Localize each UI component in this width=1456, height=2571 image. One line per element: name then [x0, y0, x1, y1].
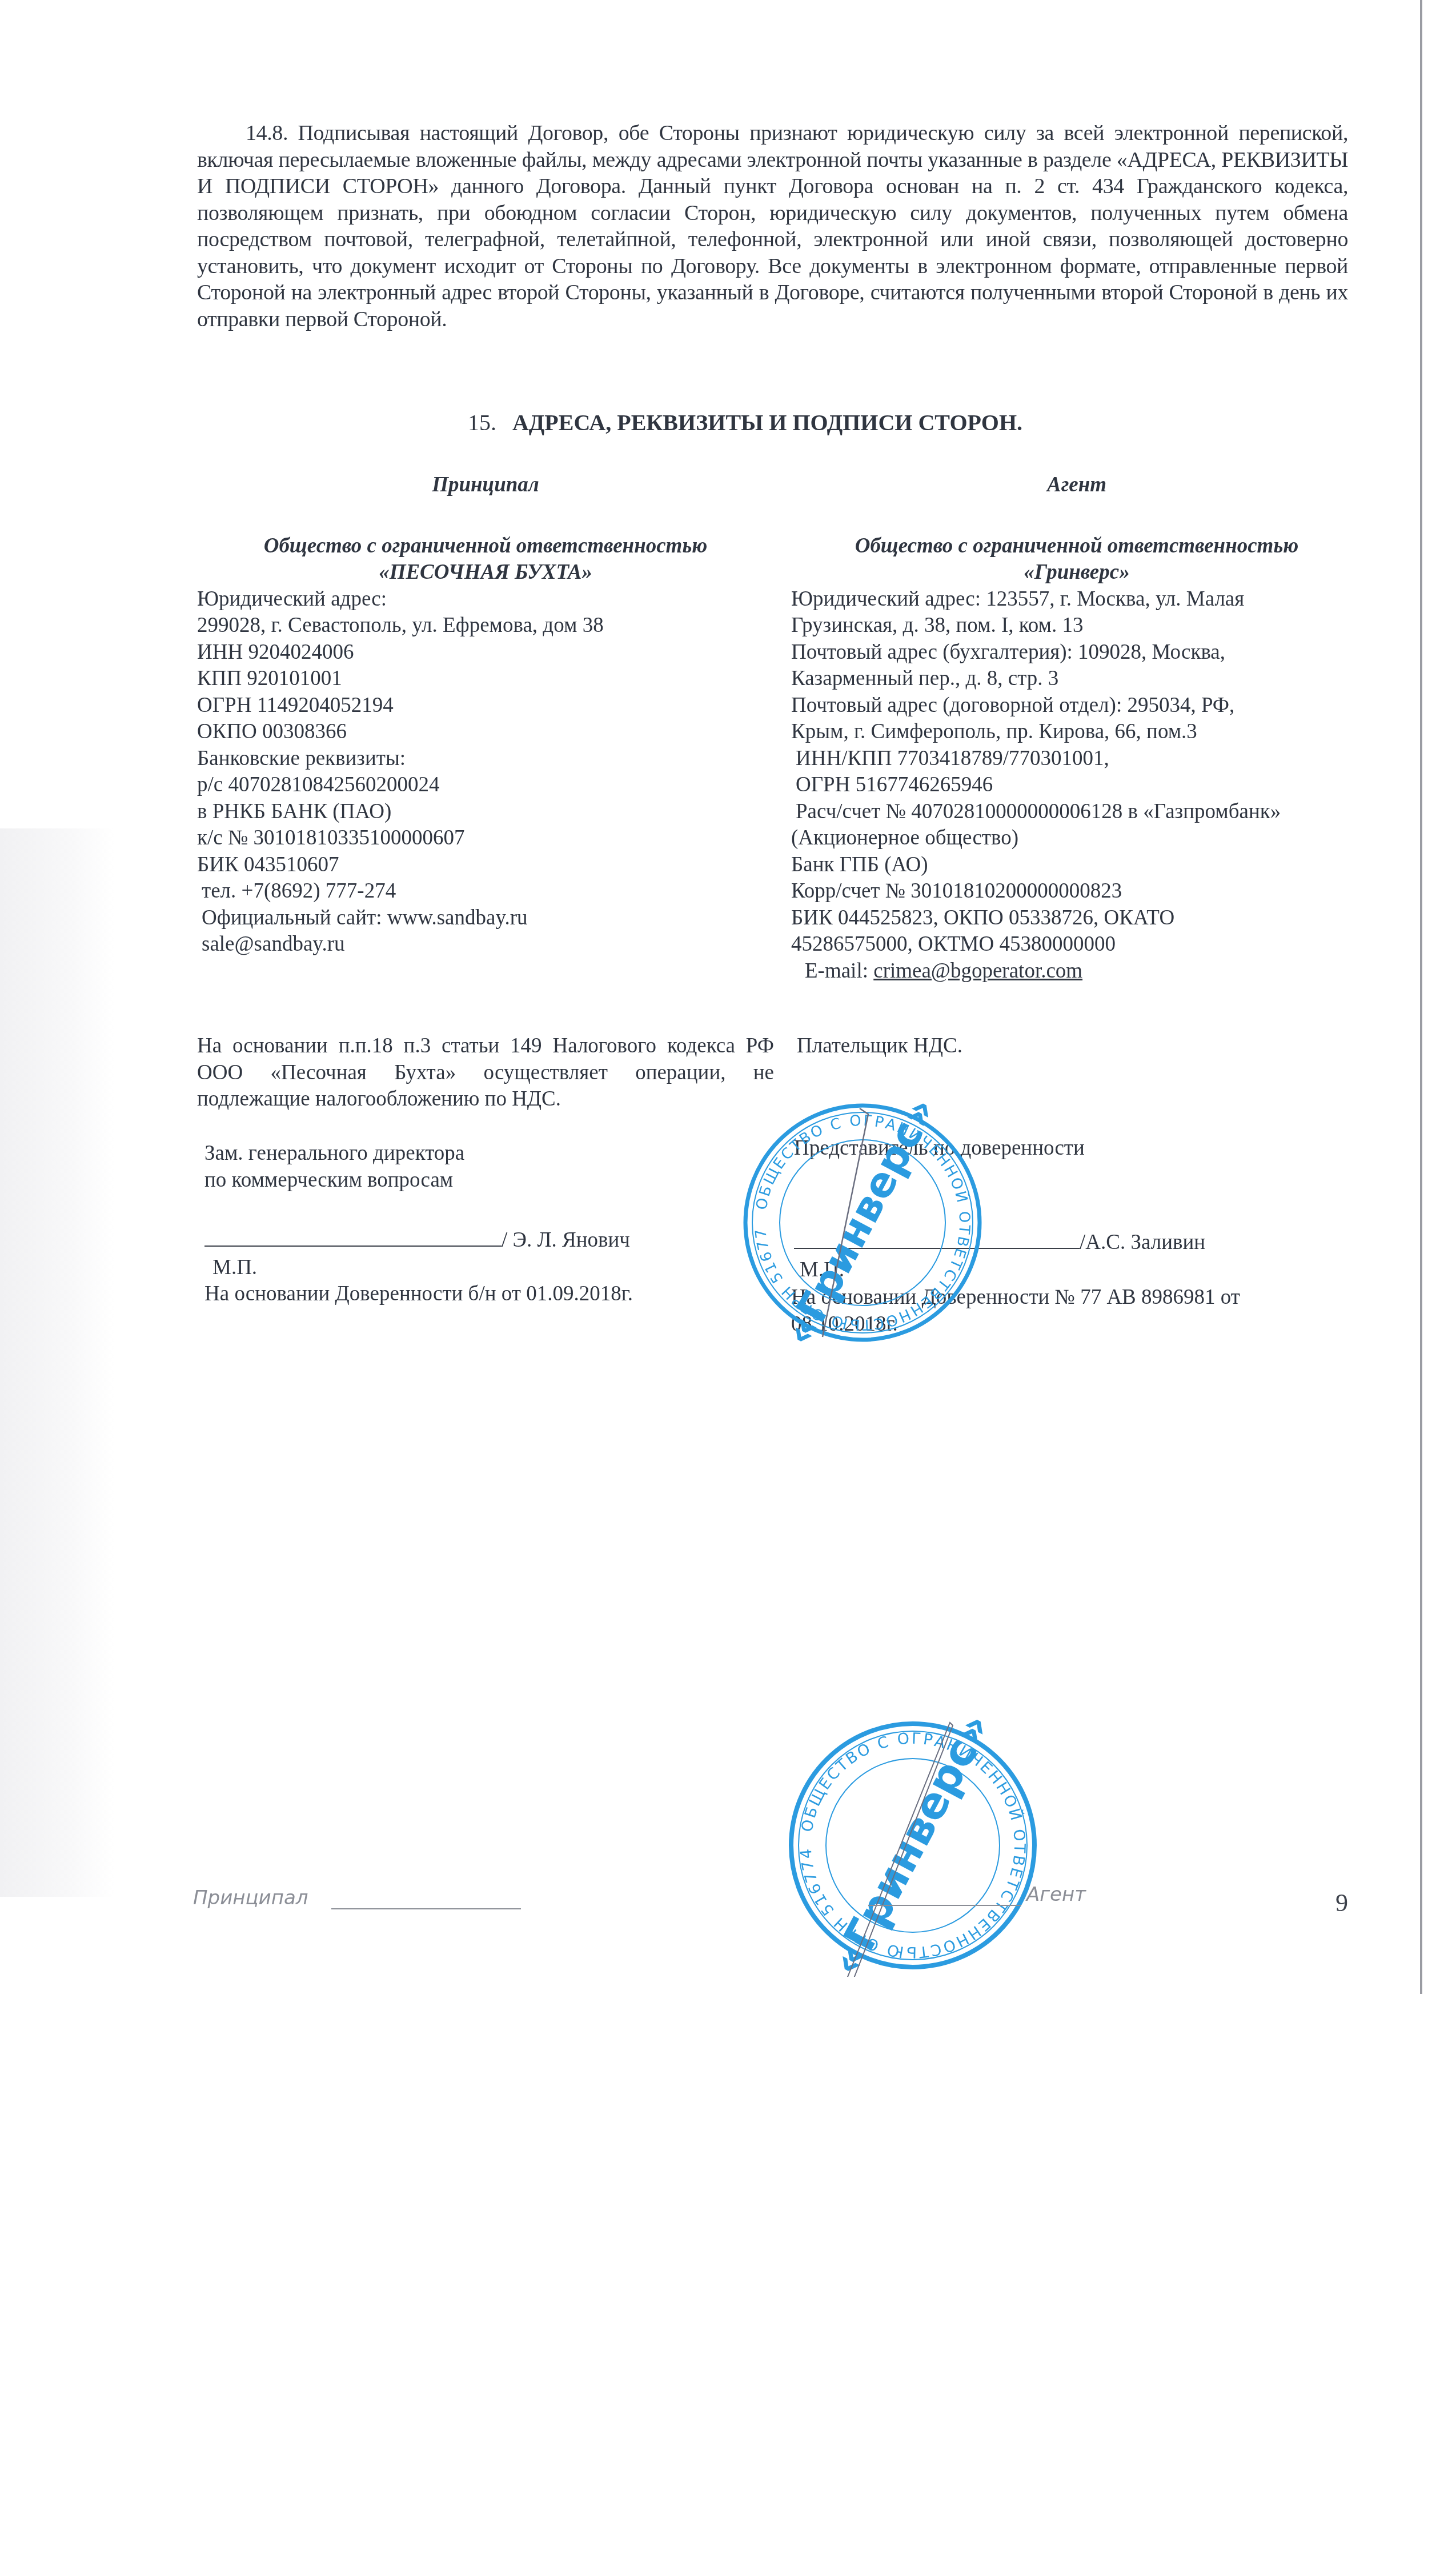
footer-principal-signature-line [331, 1908, 521, 1909]
agent-basis-line2: 08.10.2018г. [791, 1311, 1240, 1338]
agent-detail: Корр/счет № 30101810200000000823 [791, 878, 1362, 905]
agent-signatory-name: /А.С. Заливин [1080, 1231, 1205, 1254]
principal-role: Принципал [197, 472, 774, 499]
agent-detail: 45286575000, ОКТМО 45380000000 [791, 931, 1362, 958]
principal-detail: ОГРН 1149204052194 [197, 692, 774, 719]
principal-column: Принципал Общество с ограниченной ответс… [197, 472, 774, 958]
principal-signature-row: / Э. Л. Янович [204, 1227, 630, 1254]
section-number: 15. [468, 410, 496, 435]
principal-detail: КПП 920101001 [197, 666, 774, 692]
principal-company-line1: Общество с ограниченной ответственностью [197, 533, 774, 560]
principal-company-line2: «ПЕСОЧНАЯ БУХТА» [197, 559, 774, 586]
page-edge-line [1420, 0, 1422, 1994]
agent-detail: Юридический адрес: 123557, г. Москва, ул… [791, 586, 1362, 613]
principal-signatory-name: / Э. Л. Янович [502, 1228, 630, 1252]
agent-detail: Почтовый адрес (договорной отдел): 29503… [791, 692, 1362, 719]
agent-basis-line1: На основании Доверенности № 77 АВ 898698… [791, 1284, 1240, 1311]
section-title: АДРЕСА, РЕКВИЗИТЫ И ПОДПИСИ СТОРОН. [512, 410, 1022, 435]
principal-tax-note: На основании п.п.18 п.3 статьи 149 Налог… [197, 1033, 774, 1113]
agent-detail: Почтовый адрес (бухгалтерия): 109028, Мо… [791, 639, 1362, 666]
principal-detail: 299028, г. Севастополь, ул. Ефремова, до… [197, 612, 774, 639]
agent-detail: ОГРН 5167746265946 [791, 772, 1362, 799]
principal-signatory-title-line1: Зам. генерального директора [204, 1140, 464, 1167]
agent-company-line2: «Гринверс» [791, 559, 1362, 586]
agent-email-row: E-mail: crimea@bgoperator.com [791, 958, 1362, 985]
agent-role: Агент [791, 472, 1362, 499]
clause-14-8: 14.8. Подписывая настоящий Договор, обе … [197, 120, 1348, 333]
principal-signature-field[interactable] [204, 1228, 502, 1247]
principal-detail: Банковские реквизиты: [197, 746, 774, 772]
agent-signature-row: /А.С. Заливин [794, 1230, 1205, 1256]
footer-agent-signature-line [868, 1905, 1021, 1906]
agent-email-link[interactable]: crimea@bgoperator.com [873, 959, 1082, 983]
principal-detail: в РНКБ БАНК (ПАО) [197, 799, 774, 826]
principal-detail: Юридический адрес: [197, 586, 774, 613]
principal-email: sale@sandbay.ru [197, 931, 774, 958]
principal-seal-mark: М.П. [212, 1255, 257, 1282]
agent-signature-field[interactable] [794, 1231, 1080, 1249]
principal-detail: ИНН 9204024006 [197, 639, 774, 666]
agent-detail: Грузинская, д. 38, пом. I, ком. 13 [791, 612, 1362, 639]
agent-detail: Банк ГПБ (АО) [791, 852, 1362, 879]
agent-signatory-title: Представитель по доверенности [794, 1135, 1085, 1162]
principal-website: Официальный сайт: www.sandbay.ru [197, 905, 774, 932]
scan-edge-tint [0, 828, 114, 1897]
agent-seal-mark: М.П. [800, 1257, 844, 1284]
svg-text:ОБЩЕСТВО С ОГРАНИЧЕННОЙ ОТВЕТС: ОБЩЕСТВО С ОГРАНИЧЕННОЙ ОТВЕТСТВЕННОСТЬЮ… [781, 1714, 1028, 1961]
agent-detail: Казарменный пер., д. 8, стр. 3 [791, 666, 1362, 692]
agent-detail: Расч/счет № 40702810000000006128 в «Газп… [791, 799, 1362, 826]
agent-company-line1: Общество с ограниченной ответственностью [791, 533, 1362, 560]
principal-detail: БИК 043510607 [197, 852, 774, 879]
agent-tax-note: Плательщик НДС. [797, 1033, 1311, 1060]
principal-signatory-title-line2: по коммерческим вопросам [204, 1167, 464, 1194]
agent-detail: ИНН/КПП 7703418789/770301001, [791, 746, 1362, 772]
agent-detail: (Акционерное общество) [791, 825, 1362, 852]
page-number: 9 [1335, 1888, 1348, 1917]
agent-email-label: E-mail: [805, 959, 873, 983]
principal-detail: р/с 40702810842560200024 [197, 772, 774, 799]
principal-basis: На основании Доверенности б/н от 01.09.2… [204, 1281, 633, 1308]
principal-detail: ОКПО 00308366 [197, 719, 774, 746]
agent-column: Агент Общество с ограниченной ответствен… [791, 472, 1362, 984]
footer-agent-label: Агент [1026, 1883, 1086, 1906]
section-heading: 15. АДРЕСА, РЕКВИЗИТЫ И ПОДПИСИ СТОРОН. [0, 409, 1456, 436]
principal-detail: к/с № 30101810335100000607 [197, 825, 774, 852]
svg-text:«Гринверс»: «Гринверс» [820, 1714, 1001, 1977]
principal-signatory-title: Зам. генерального директора по коммерчес… [204, 1140, 464, 1194]
agent-basis: На основании Доверенности № 77 АВ 898698… [791, 1284, 1240, 1337]
agent-detail: Крым, г. Симферополь, пр. Кирова, 66, по… [791, 719, 1362, 746]
principal-phone: тел. +7(8692) 777-274 [197, 878, 774, 905]
footer-stamp-icon: ОБЩЕСТВО С ОГРАНИЧЕННОЙ ОТВЕТСТВЕННОСТЬЮ… [781, 1714, 1044, 1977]
agent-detail: БИК 044525823, ОКПО 05338726, ОКАТО [791, 905, 1362, 932]
footer-principal-label: Принципал [193, 1887, 308, 1909]
